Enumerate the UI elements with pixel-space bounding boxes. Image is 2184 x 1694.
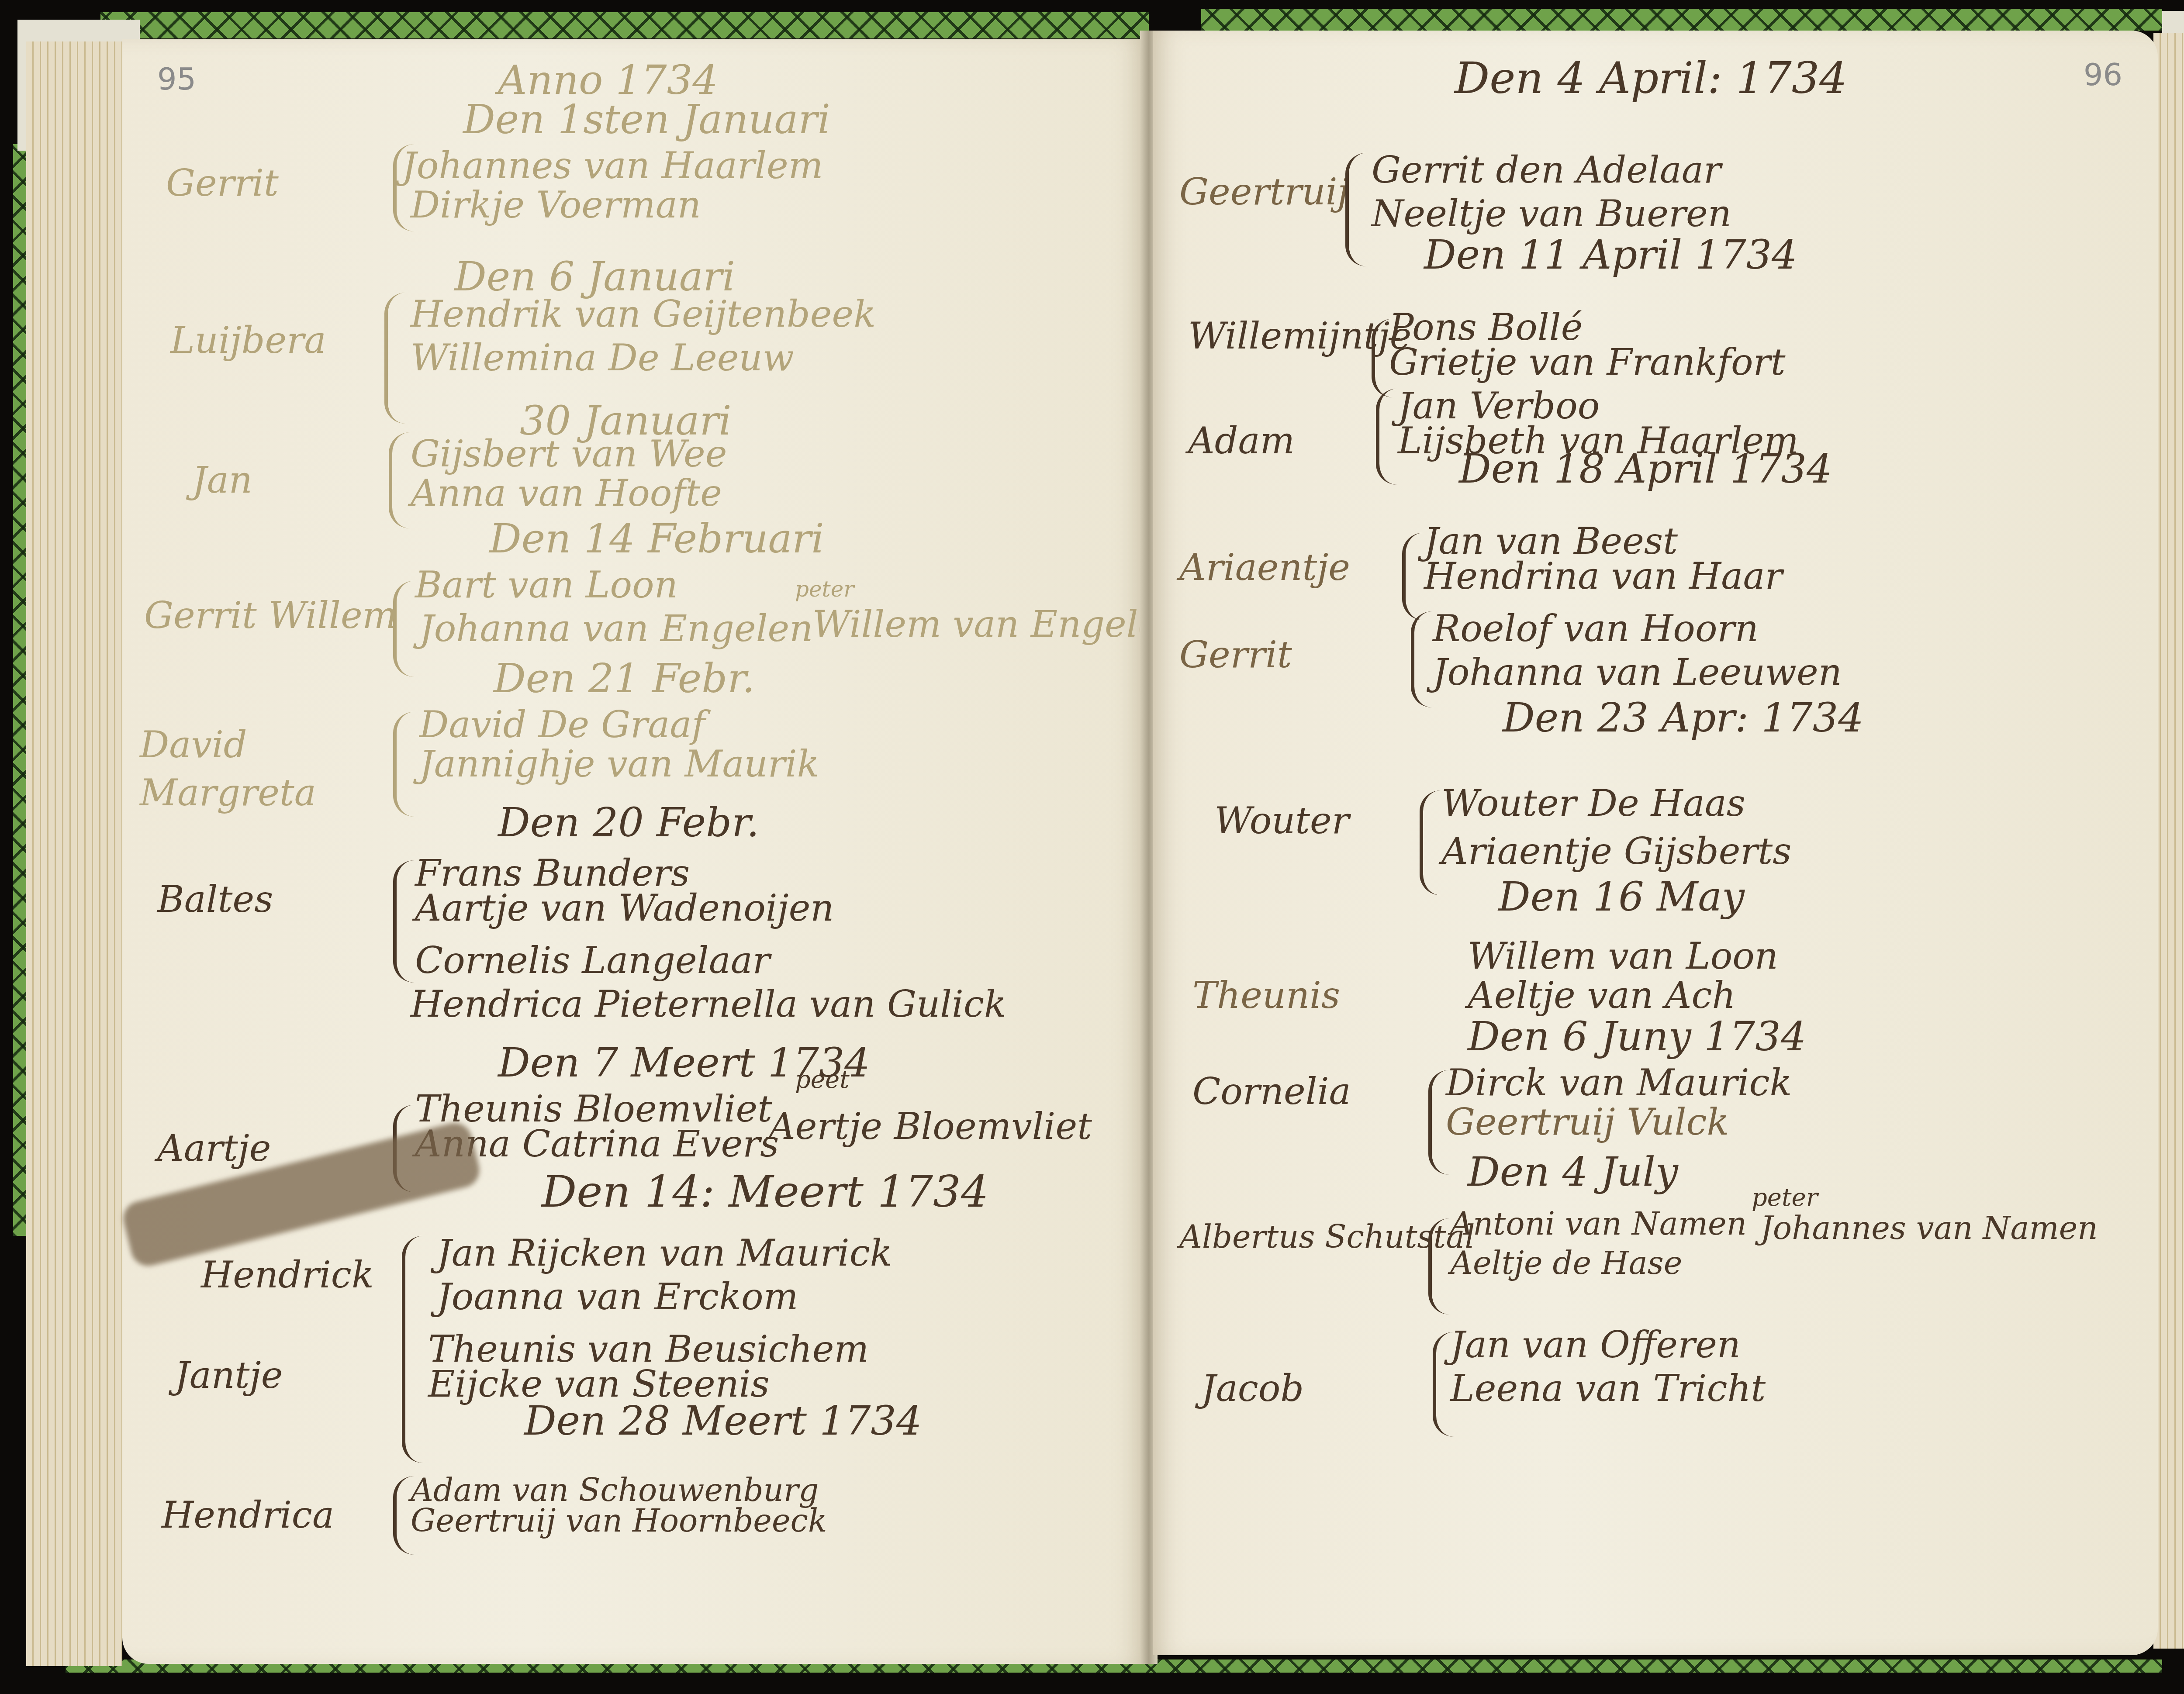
book-cover-top-right bbox=[1201, 9, 2162, 31]
left-brace bbox=[393, 712, 414, 817]
father-name: Gerrit den Adelaar bbox=[1372, 148, 1721, 191]
child-name: Geertruij bbox=[1179, 170, 1349, 213]
mother-name: Leena van Tricht bbox=[1450, 1367, 1766, 1410]
mother-name: Geertruij Vulck bbox=[1446, 1101, 1729, 1143]
mother-name: Geertruij van Hoornbeeck bbox=[411, 1502, 827, 1539]
entry-date: Den 11 April 1734 bbox=[1424, 231, 1797, 278]
left-brace bbox=[402, 1236, 423, 1463]
left-page: 95 Anno 1734 Den 1sten Januari Gerrit Jo… bbox=[122, 39, 1144, 1664]
father-name: Dirck van Maurick bbox=[1446, 1061, 1792, 1104]
witness-name: Willem van Engelen bbox=[812, 603, 1183, 645]
mother-name: Johanna van Leeuwen bbox=[1433, 651, 1842, 693]
mother-name: Hendrica Pieternella van Gulick bbox=[411, 983, 1006, 1025]
left-brace bbox=[393, 581, 414, 677]
entry-date: Den 4 July bbox=[1468, 1149, 1678, 1195]
father-name: Bart van Loon bbox=[415, 563, 678, 606]
father-name: Hendrik van Geijtenbeek bbox=[411, 293, 876, 335]
father-name: Gijsbert van Wee bbox=[411, 432, 727, 475]
witness-name: Aertje Bloemvliet bbox=[769, 1105, 1092, 1148]
entry-date: Den 14 Februari bbox=[489, 515, 824, 562]
entry-date: Den 28 Meert 1734 bbox=[524, 1397, 922, 1444]
left-brace bbox=[393, 860, 414, 983]
entry-date: Den 20 Febr. bbox=[498, 799, 759, 846]
entry-date: Den 23 Apr: 1734 bbox=[1503, 694, 1864, 741]
entry-date: Den 4 April: 1734 bbox=[1455, 52, 1847, 104]
mother-name: Aeltje van Ach bbox=[1468, 974, 1736, 1017]
left-brace bbox=[389, 432, 410, 528]
father-name: Roelof van Hoorn bbox=[1433, 607, 1759, 650]
child-name: Adam bbox=[1188, 419, 1295, 462]
father-name: Antoni van Namen bbox=[1450, 1205, 1747, 1242]
child-name: Aartje bbox=[157, 1127, 271, 1170]
witness-name: Johannes van Namen bbox=[1760, 1210, 2098, 1246]
mother-name: Jannighje van Maurik bbox=[419, 742, 819, 785]
child-name: David Margreta bbox=[140, 721, 271, 817]
child-name: Ariaentje bbox=[1179, 546, 1350, 589]
book-cover-top-left bbox=[100, 12, 1149, 38]
child-name: Jantje bbox=[175, 1354, 283, 1397]
mother-name: Anna van Hoofte bbox=[411, 472, 722, 514]
left-brace bbox=[1376, 389, 1397, 485]
mother-name: Johanna van Engelen bbox=[419, 607, 813, 650]
child-name: Cornelia bbox=[1192, 1070, 1351, 1113]
entry-date: Den 6 Juny 1734 bbox=[1468, 1013, 1806, 1060]
entry-date: Den 16 May bbox=[1498, 873, 1745, 920]
mother-name: Hendrina van Haar bbox=[1424, 555, 1783, 597]
left-brace bbox=[1402, 533, 1423, 620]
child-name: Luijbera bbox=[170, 319, 326, 362]
mother-name: Ariaentje Gijsberts bbox=[1441, 830, 1791, 873]
child-name: Wouter bbox=[1214, 799, 1349, 842]
mother-name: Willemina De Leeuw bbox=[411, 336, 794, 379]
page-edges-right bbox=[2153, 33, 2184, 1649]
mother-name: Aartje van Wadenoijen bbox=[415, 887, 834, 929]
mother-name: Joanna van Erckom bbox=[437, 1275, 798, 1318]
child-name: Theunis bbox=[1192, 974, 1340, 1017]
entry-date: Den 1sten Januari bbox=[463, 96, 830, 143]
father-name: Wouter De Haas bbox=[1441, 782, 1745, 825]
entry-date: Den 21 Febr. bbox=[494, 655, 755, 702]
child-name: Gerrit bbox=[1179, 633, 1292, 676]
child-name: Hendrica bbox=[162, 1494, 334, 1536]
father-name: Jan van Offeren bbox=[1450, 1323, 1741, 1366]
page-number: 95 bbox=[157, 61, 196, 97]
page-edges-left bbox=[26, 41, 122, 1666]
mother-name: Neeltje van Bueren bbox=[1372, 192, 1731, 235]
child-name: Baltes bbox=[157, 878, 273, 921]
father-name: Jan Rijcken van Maurick bbox=[437, 1232, 892, 1274]
left-brace bbox=[1345, 153, 1366, 266]
mother-name: Dirkje Voerman bbox=[411, 183, 701, 226]
witness-label: peter bbox=[795, 576, 854, 602]
witness-label: peet bbox=[795, 1066, 850, 1094]
left-brace bbox=[1420, 790, 1441, 895]
father-name: Willem van Loon bbox=[1468, 935, 1778, 977]
mother-name: Grietje van Frankfort bbox=[1389, 341, 1785, 383]
left-brace bbox=[384, 293, 405, 424]
child-name: Gerrit bbox=[166, 162, 279, 204]
mother-name: Aeltje de Hase bbox=[1450, 1245, 1682, 1281]
father-name: Cornelis Langelaar bbox=[415, 939, 770, 982]
right-page: 96 Den 4 April: 1734 Geertruij Gerrit de… bbox=[1153, 31, 2158, 1655]
child-name: Jacob bbox=[1201, 1367, 1304, 1410]
child-name: Gerrit Willem bbox=[144, 594, 397, 637]
entry-date: Den 14: Meert 1734 bbox=[542, 1166, 988, 1217]
entry-date: Den 18 April 1734 bbox=[1459, 445, 1832, 492]
child-name: Hendrick bbox=[201, 1253, 374, 1296]
left-brace bbox=[1428, 1218, 1449, 1314]
witness-label: peter bbox=[1752, 1183, 1818, 1212]
father-name: David De Graaf bbox=[419, 703, 705, 746]
father-name: Johannes van Haarlem bbox=[402, 144, 823, 187]
child-name: Jan bbox=[192, 459, 252, 501]
left-brace bbox=[1411, 611, 1432, 707]
page-number: 96 bbox=[2084, 57, 2122, 93]
